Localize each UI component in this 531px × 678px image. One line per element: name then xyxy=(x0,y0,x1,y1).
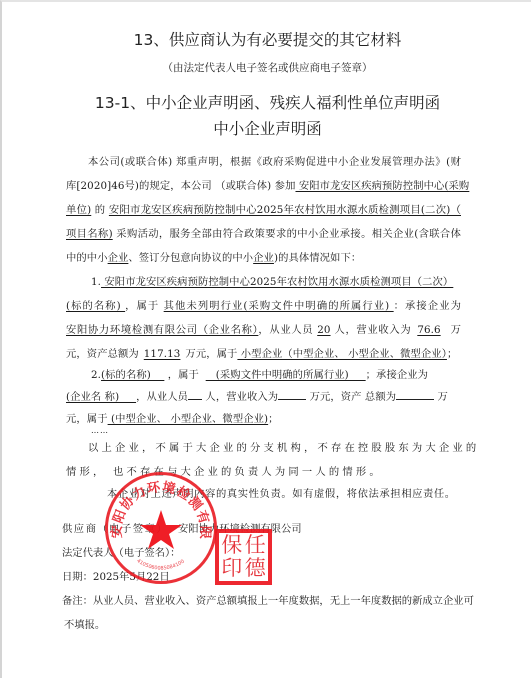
remark-line-1: 备注：从业人员、营业收入、资产总额填报上一年度数据，无上一年度数据的新成立企业可 xyxy=(62,592,474,607)
ellipsis: …… xyxy=(66,426,461,435)
item-1-line-2: (标的名称) ，属于 其他未列明行业(采购文件中明确的所属行业) ：承接企业为 xyxy=(66,297,461,312)
supplier-name: 安阳协力环境检测有限公司 xyxy=(178,523,302,535)
legal-rep-line: 法定代表人（电子签名）： xyxy=(62,544,180,559)
item-2-assets-blank xyxy=(396,389,434,400)
item-2-line-3: 元，属于 (中型企业、 小型企业、微型企业)； xyxy=(66,410,461,425)
section-title: 13、供应商认为有必要提交的其它材料 xyxy=(2,28,531,50)
intro-line-5: 中的中小企业、签订分包意向协议的中小企业)的具体情况如下： xyxy=(66,249,461,264)
date-line: 日期：2025年5月22日 xyxy=(62,568,170,583)
item-2-employees-blank xyxy=(188,389,202,400)
item-1-industry: 其他未列明行业(采购文件中明确的所属行业) xyxy=(164,300,394,312)
item-1-revenue: 76.6 xyxy=(411,324,446,336)
conclusion-line-2: 情形， 也不存在与大企业的负责人为同一人的情形。 xyxy=(66,463,461,478)
intro-line-3: 单位) 的 安阳市龙安区疾病预防控制中心2025年农村饮用水源水质检测项目(二次… xyxy=(66,201,461,216)
item-1-company: 安阳协力环境检测有限公司（企业名称） xyxy=(66,324,258,336)
supplier-line: 供应商（电子签章） 安阳协力环境检测有限公司 xyxy=(62,520,302,535)
remark-line-2: 不填报。 xyxy=(64,616,105,631)
purchaser-name: 安阳市龙安区疾病预防控制中心(采购 xyxy=(295,180,469,192)
section-note: （由法定代表人电子签名或供应商电子签章） xyxy=(2,60,531,75)
date-value: 2025年5月22日 xyxy=(93,571,170,583)
supplier-label: 供应商（电子签章） xyxy=(62,523,168,535)
letter-title: 中小企业声明函 xyxy=(2,117,531,139)
document-page: 13、供应商认为有必要提交的其它材料 （由法定代表人电子签名或供应商电子签章） … xyxy=(0,0,531,678)
responsibility-statement: 本企业对上述声明内容的真实性负责。如有虚假，将依法承担相应责任。 xyxy=(107,485,502,500)
personal-seal: 保 任 印 德 xyxy=(215,529,272,585)
item-1-line-3: 安阳协力环境检测有限公司（企业名称），从业人员 20 人，营业收入为76.6 万 xyxy=(66,321,461,336)
item-2-line-2: (企业名 称) ，从业人员 人，营业收入为 万元，资产 总额为 万 xyxy=(66,388,461,403)
date-label: 日期： xyxy=(62,571,93,583)
item-1-employees: 20 xyxy=(317,324,330,336)
item-1-assets: 117.13 xyxy=(139,348,186,360)
intro-line-1: 本公司(或联合体) 郑重声明，根据《政府采购促进中小企业发展管理办法》(财 xyxy=(66,153,461,168)
item-1-line-1: 1. 安阳市龙安区疾病预防控制中心2025年农村饮用水源水质检测项目（二次） xyxy=(66,273,461,288)
item-1-subject: 安阳市龙安区疾病预防控制中心2025年农村饮用水源水质检测项目（二次） xyxy=(101,276,453,288)
conclusion-line-1: 以上企业，不属于大企业的分支机构，不存在控股股东为大企业的 xyxy=(66,439,461,454)
item-1-line-4: 元，资产总额为117.13万元，属于 小型企业（中型企业、 小型企业、微型企业）… xyxy=(66,345,461,360)
item-2-line-1: 2.(标的名称) ，属于 (采购文件中明确的所属行业) ；承接企业为 xyxy=(66,366,461,381)
item-1-size: 小型企业（中型企业、 小型企业、微型企业） xyxy=(237,348,447,360)
item-2-revenue-blank xyxy=(278,389,306,400)
project-name: 安阳市龙安区疾病预防控制中心2025年农村饮用水源水质检测项目(二次)（ xyxy=(109,204,461,216)
legal-rep-label: 法定代表人（电子签名）： xyxy=(62,547,180,559)
intro-line-4: 项目名称) 采购活动，服务全部由符合政策要求的中小企业承接。相关企业(含联合体 xyxy=(66,225,461,240)
intro-line-2: 库[2020]46号)的规定，本公司 （或联合体) 参加 安阳市龙安区疾病预防控… xyxy=(66,177,461,192)
subsection-title: 13-1、中小企业声明函、残疾人福利性单位声明函 xyxy=(2,91,531,113)
